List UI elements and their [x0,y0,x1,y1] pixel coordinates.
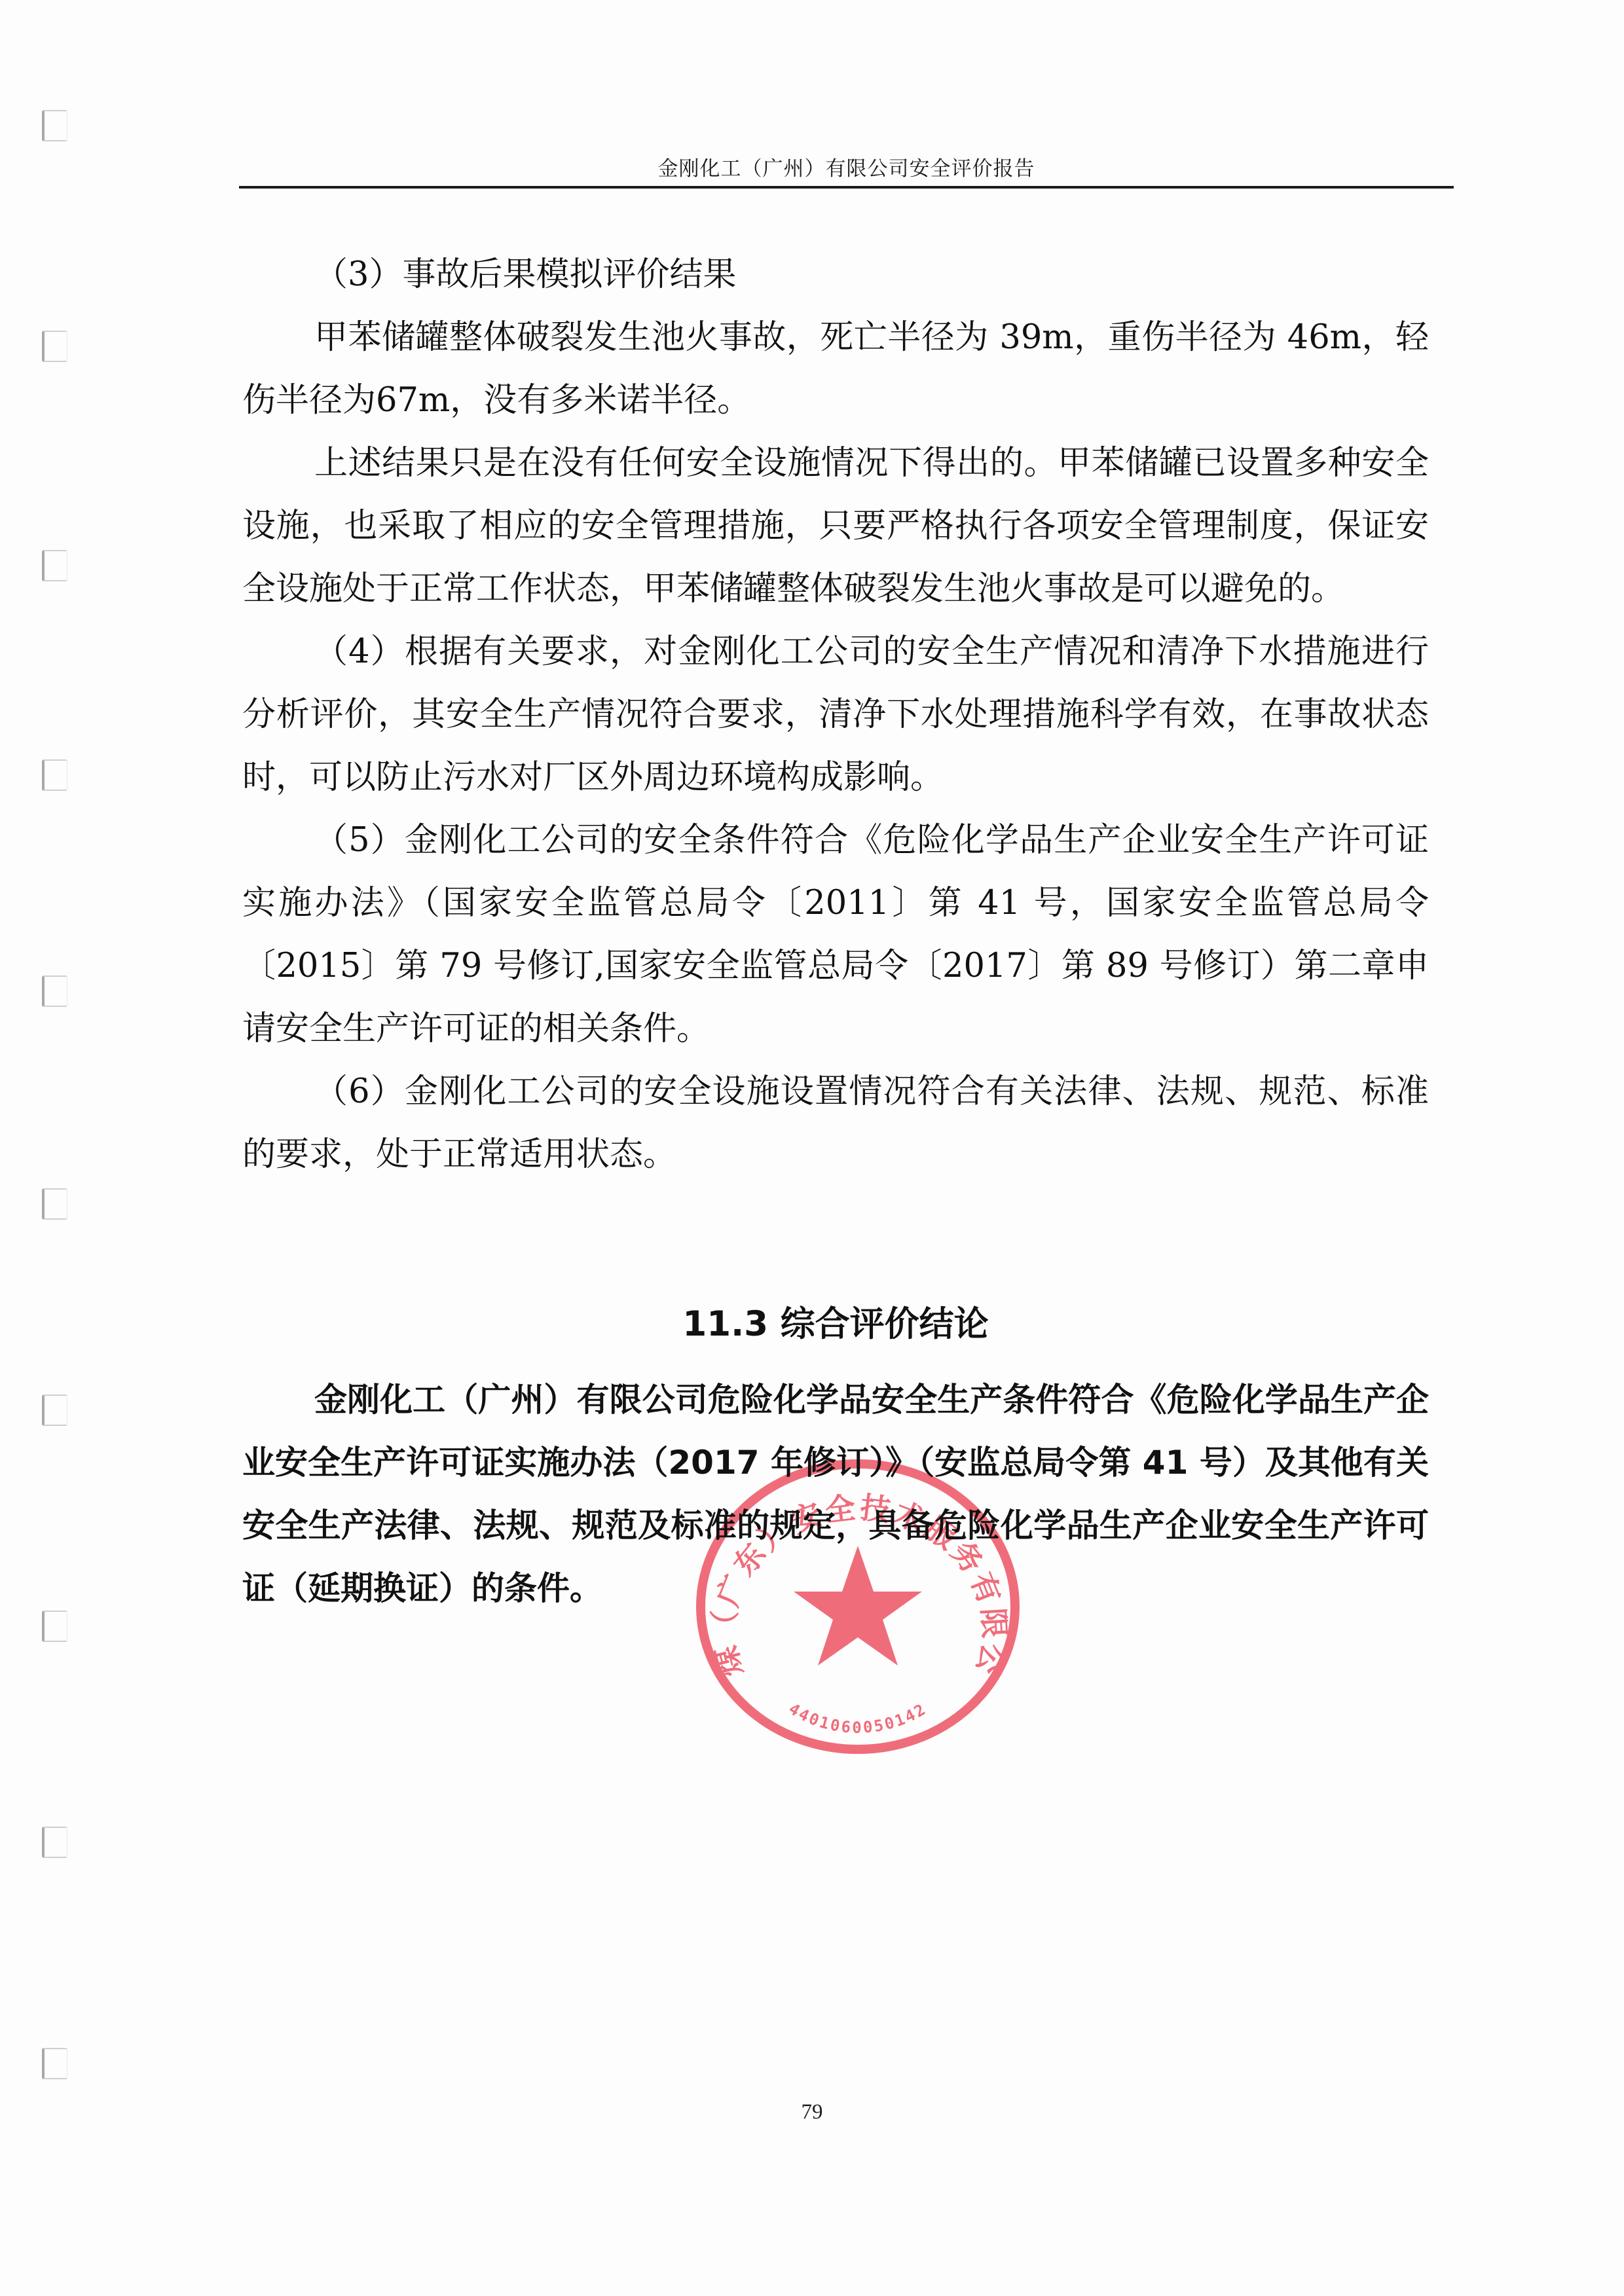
binding-hole [42,2048,67,2079]
conclusion-paragraph: 金刚化工（广州）有限公司危险化学品安全生产条件符合《危险化学品生产企业安全生产许… [242,1368,1429,1620]
binding-hole [42,1827,67,1858]
section-heading: 11.3 综合评价结论 [242,1296,1429,1346]
conclusion-text: 金刚化工（广州）有限公司危险化学品安全生产条件符合《危险化学品生产企业安全生产许… [242,1368,1429,1620]
document-page: 金刚化工（广州）有限公司安全评价报告 （3）事故后果模拟评价结果 甲苯储罐整体破… [0,0,1624,2296]
body-text: （3）事故后果模拟评价结果 甲苯储罐整体破裂发生池火事故，死亡半径为 39m，重… [242,244,1429,1186]
paragraph-item-5: （5）金刚化工公司的安全条件符合《危险化学品生产企业安全生产许可证实施办法》（国… [242,809,1429,1061]
paragraph-item-3-heading: （3）事故后果模拟评价结果 [242,244,1429,306]
svg-text:4401060050142: 4401060050142 [786,1700,931,1737]
running-header-title: 金刚化工（广州）有限公司安全评价报告 [239,152,1454,181]
paragraph-safety-note: 上述结果只是在没有任何安全设施情况下得出的。甲苯储罐已设置多种安全设施，也采取了… [242,432,1429,621]
binding-hole [42,550,67,581]
page-number: 79 [0,2100,1624,2124]
binding-hole [42,331,67,362]
stamp-serial-number: 4401060050142 [786,1700,931,1737]
binding-hole [42,110,67,141]
binding-hole [42,759,67,791]
binding-hole [42,1188,67,1220]
binding-hole [42,1611,67,1642]
paragraph-item-6: （6）金刚化工公司的安全设施设置情况符合有关法律、法规、规范、标准的要求，处于正… [242,1061,1429,1186]
binding-hole [42,1394,67,1426]
binding-hole [42,975,67,1007]
header-rule [239,186,1454,189]
paragraph-pool-fire-result: 甲苯储罐整体破裂发生池火事故，死亡半径为 39m，重伤半径为 46m，轻伤半径为… [242,306,1429,432]
paragraph-item-4: （4）根据有关要求，对金刚化工公司的安全生产情况和清净下水措施进行分析评价，其安… [242,621,1429,809]
